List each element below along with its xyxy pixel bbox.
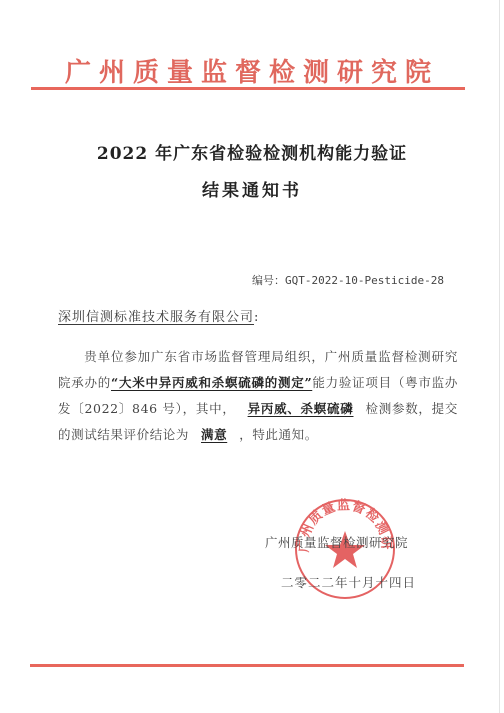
letterhead-rule — [31, 87, 465, 90]
addressee-suffix: : — [254, 310, 259, 325]
evaluation-result: 满意 — [189, 427, 239, 442]
notice-body: 贵单位参加广东省市场监督管理局组织，广州质量监督检测研究院承办的“大米中异丙威和… — [58, 344, 458, 448]
document-title-line2: 结果通知书 — [0, 176, 504, 201]
footer-rule — [30, 664, 464, 667]
document-number-value: GQT-2022-10-Pesticide-28 — [285, 274, 444, 287]
document-title-line1: 2022 年广东省检验检测机构能力验证 — [0, 139, 504, 164]
document-number: 编号：GQT-2022-10-Pesticide-28 — [252, 272, 444, 288]
signature-date: 二零二二年十月十四日 — [281, 573, 416, 591]
document-number-label: 编号： — [252, 274, 285, 287]
test-parameters: 异丙威、杀螟硫磷 — [236, 401, 366, 416]
signature-org-name: 广州质量监督检测研究院 — [265, 533, 408, 551]
page-edge — [499, 0, 500, 713]
project-name: “大米中异丙威和杀螟硫磷的测定” — [111, 375, 312, 390]
addressee: 深圳信测标准技术服务有限公司: — [58, 306, 259, 325]
letterhead-org-name: 广州质量监督检测研究院 — [0, 52, 504, 89]
addressee-name: 深圳信测标准技术服务有限公司 — [58, 310, 254, 325]
body-text-4: ，特此通知。 — [239, 427, 318, 442]
